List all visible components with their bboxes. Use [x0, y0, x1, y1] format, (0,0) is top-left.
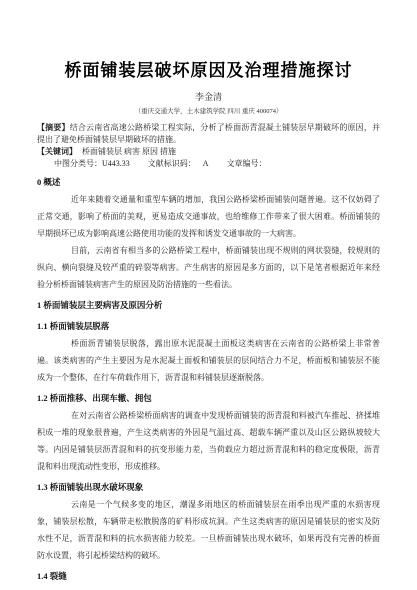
- abstract: 【摘要】结合云南省高速公路桥梁工程实际，分析了桥面沥青混凝土铺装层早期破坏的原因…: [37, 122, 380, 146]
- section-paragraph: 云南是一个气候多变的地区，潮湿多雨地区的桥面铺装层在雨季出现严重的水损害现象，铺…: [37, 496, 380, 564]
- abstract-label: 【摘要】: [37, 123, 70, 132]
- clc-label: 中图分类号：: [54, 159, 102, 168]
- abstract-text: 结合云南省高速公路桥梁工程实际，分析了桥面沥青混凝土铺装层早期破坏的原因，并提出…: [37, 123, 380, 144]
- meta-line: 中图分类号：U443.33文献标识码：A文章编号：: [37, 158, 380, 170]
- paper-title: 桥面铺装层破坏原因及治理措施探讨: [37, 56, 380, 81]
- section-heading-1-3: 1.3 桥面铺装出现水破坏现象: [37, 479, 380, 496]
- keywords-text: 桥面铺装层 病害 原因 措施: [82, 147, 176, 156]
- section-paragraph: 目前，云南省有相当多的公路桥梁工程中，桥面铺装出现不规则的网状裂缝，较规则的纵向…: [37, 242, 380, 293]
- document-page: 桥面铺装层破坏原因及治理措施探讨 李金清 （重庆交通大学，土木建筑学院 四川 重…: [0, 0, 417, 590]
- section-heading-overview: 0 概述: [37, 174, 380, 191]
- clc-value: U443.33: [102, 159, 130, 168]
- section-paragraph: 近年来随着交通量和重型车辆的增加，我国公路桥梁桥面铺装问题普遍。这不仅妨碍了正常…: [37, 191, 380, 242]
- keywords: 【关键词】桥面铺装层 病害 原因 措施: [37, 146, 380, 158]
- section-paragraph: 桥面沥青铺装层脱落，露出原水泥混凝土面板这类病害在云南省的公路桥梁上非常普遍。该…: [37, 335, 380, 386]
- section-heading-1-2: 1.2 桥面推移、出现车辙、拥包: [37, 390, 380, 407]
- keywords-label: 【关键词】: [37, 147, 77, 156]
- doc-code-value: A: [203, 159, 209, 168]
- author-name: 李金清: [37, 90, 380, 103]
- section-heading-1: 1 桥面铺装层主要病害及原因分析: [37, 297, 380, 314]
- section-paragraph: 在对云南省公路桥梁桥面病害的调查中发现桥面铺装的沥青混和料被汽车推起、挤揉堆积成…: [37, 407, 380, 475]
- doc-code-label: 文献标识码：: [148, 159, 196, 168]
- section-heading-1-1: 1.1 桥面铺装层脱落: [37, 318, 380, 335]
- author-affiliation: （重庆交通大学，土木建筑学院 四川 重庆 400074）: [37, 106, 380, 115]
- section-heading-1-4: 1.4 裂缝: [37, 568, 380, 585]
- article-no-label: 文章编号：: [227, 159, 267, 168]
